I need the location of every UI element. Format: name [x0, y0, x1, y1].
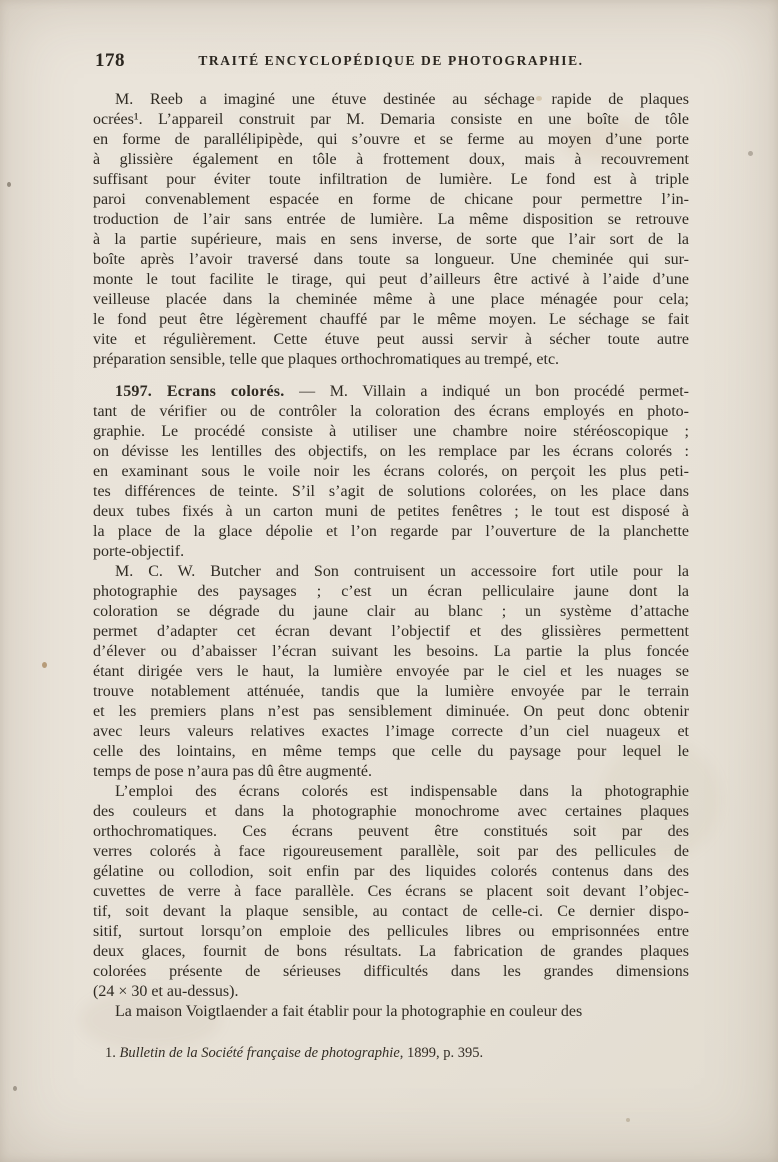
paragraph: M. C. W. Butcher and Son contruisent un … [93, 562, 689, 782]
paper-speck [626, 1118, 630, 1122]
text-line: tif, soit devant la plaque sensible, au … [93, 902, 689, 922]
text-line: en forme de parallélipipède, qui s’ouvre… [93, 130, 689, 150]
text-line: étant dirigée vers le haut, la lumière e… [93, 662, 689, 682]
text-line: à la partie supérieure, mais en sens inv… [93, 230, 689, 250]
text-line: tant de vérifier ou de contrôler la colo… [93, 402, 689, 422]
text-line: deux glaces, fournit de bons résultats. … [93, 942, 689, 962]
running-title: TRAITÉ ENCYCLOPÉDIQUE DE PHOTOGRAPHIE. [93, 53, 689, 69]
text-line: deux tubes fixés à un carton muni de pet… [93, 502, 689, 522]
text-line: préparation sensible, telle que plaques … [93, 350, 689, 370]
text-line: on dévisse les lentilles des objectifs, … [93, 442, 689, 462]
text-line: L’emploi des écrans colorés est indispen… [93, 782, 689, 802]
section-number-heading: 1597. Ecrans colorés. [115, 383, 284, 400]
text-line: le fond peut être légèrement chauffé par… [93, 310, 689, 330]
paragraph: M. Reeb a imaginé une étuve destinée au … [93, 90, 689, 370]
text-line: photographie des paysages ; c’est un écr… [93, 582, 689, 602]
text-line: cuvettes de verre à face parallèle. Ces … [93, 882, 689, 902]
text-line: porte-objectif. [93, 542, 689, 562]
footnote-number: 1. [105, 1045, 120, 1061]
text-line: avec leurs valeurs relatives exactes l’i… [93, 722, 689, 742]
paper-speck [748, 151, 753, 156]
text-line: monte le tout facilite le tirage, qui pe… [93, 270, 689, 290]
text-line: (24 × 30 et au-dessus). [93, 982, 689, 1002]
text-line: La maison Voigtlaender a fait établir po… [93, 1002, 689, 1022]
text-line: M. Reeb a imaginé une étuve destinée au … [93, 90, 689, 110]
text-line: d’élever ou d’abaisser l’écran suivant l… [93, 642, 689, 662]
text-line: veilleuse placée dans la cheminée même à… [93, 290, 689, 310]
text-line: vite et régulièrement. Cette étuve peut … [93, 330, 689, 350]
text-line: ocrées¹. L’appareil construit par M. Dem… [93, 110, 689, 130]
text-line: à glissière également en tôle à frotteme… [93, 150, 689, 170]
text-line: boîte après l’avoir traversé dans toute … [93, 250, 689, 270]
footnote: 1. Bulletin de la Société française de p… [105, 1044, 665, 1062]
text-line: troduction de l’air sans entrée de lumiè… [93, 210, 689, 230]
text-line: colorées présente de sérieuses difficult… [93, 962, 689, 982]
paper-speck [7, 182, 11, 187]
text-line: coloration se dégrade du jaune clair au … [93, 602, 689, 622]
text-line: permet d’adapter cet écran devant l’obje… [93, 622, 689, 642]
text-line: celle des lointains, en même temps que c… [93, 742, 689, 762]
text-line: orthochromatiques. Ces écrans peuvent êt… [93, 822, 689, 842]
text-line: temps de pose n’aura pas dû être augment… [93, 762, 689, 782]
text-line: tes différences de teinte. S’il s’agit d… [93, 482, 689, 502]
book-page-scan: 178 TRAITÉ ENCYCLOPÉDIQUE DE PHOTOGRAPHI… [0, 0, 778, 1162]
paper-speck [13, 1086, 17, 1091]
text-line: 1597. Ecrans colorés. — M. Villain a ind… [93, 382, 689, 402]
text-line: verres colorés à face rigoureusement par… [93, 842, 689, 862]
footnote-source-title: Bulletin de la Société française de phot… [120, 1045, 400, 1061]
text-line: suffisant pour éviter toute infiltration… [93, 170, 689, 190]
text-line: sitif, surtout lorsqu’on emploie des pel… [93, 922, 689, 942]
text-line: paroi convenablement espacée en forme de… [93, 190, 689, 210]
text-line: des couleurs et dans la photographie mon… [93, 802, 689, 822]
paper-speck [42, 662, 47, 668]
text-line: gélatine ou collodion, soit enfin par de… [93, 862, 689, 882]
text-line: en examinant sous le voile noir les écra… [93, 462, 689, 482]
text-line: trouve notablement atténuée, tandis que … [93, 682, 689, 702]
running-head: 178 TRAITÉ ENCYCLOPÉDIQUE DE PHOTOGRAPHI… [93, 50, 689, 70]
text-block: M. Reeb a imaginé une étuve destinée au … [93, 90, 689, 1022]
text-line: graphie. Le procédé consiste à utiliser … [93, 422, 689, 442]
paragraph: La maison Voigtlaender a fait établir po… [93, 1002, 689, 1022]
paragraph: 1597. Ecrans colorés. — M. Villain a ind… [93, 382, 689, 562]
paragraph: L’emploi des écrans colorés est indispen… [93, 782, 689, 1002]
text-line: et les premiers plans n’est pas sensible… [93, 702, 689, 722]
text-line: M. C. W. Butcher and Son contruisent un … [93, 562, 689, 582]
text-line: la place de la glace dépolie et l’on reg… [93, 522, 689, 542]
footnote-reference: , 1899, p. 395. [400, 1045, 483, 1061]
